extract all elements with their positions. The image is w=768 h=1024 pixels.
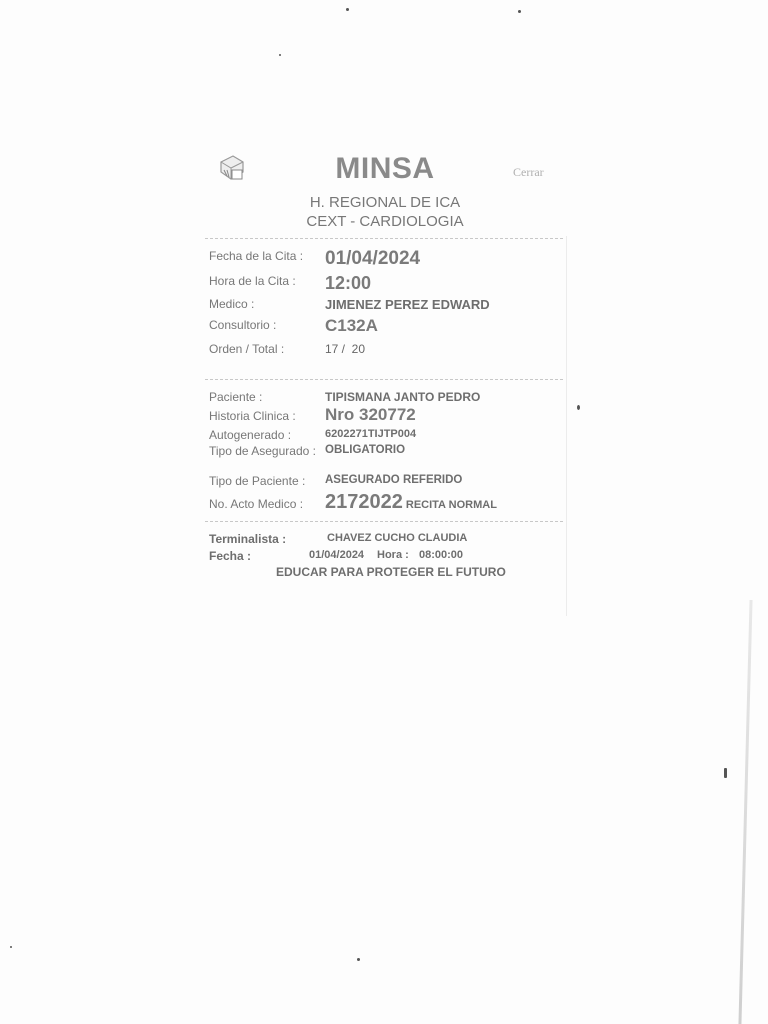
medical-act-suffix: RECITA NORMAL [406, 499, 497, 511]
patient-value: TIPISMANA JANTO PEDRO [325, 390, 480, 404]
ticket-edge [566, 236, 567, 616]
order-value: 17 / 20 [325, 342, 365, 356]
medical-act-value-group: 2172022RECITA NORMAL [325, 491, 497, 514]
hospital-name: H. REGIONAL DE ICA [205, 194, 565, 211]
patient-label: Paciente : [209, 390, 262, 404]
scan-speck [10, 946, 12, 948]
appointment-time-label: Hora de la Cita : [209, 274, 296, 288]
patient-type-label: Tipo de Paciente : [209, 474, 305, 488]
print-time-label: Hora : [377, 549, 409, 561]
insured-type-value: OBLIGATORIO [325, 444, 405, 456]
page-title: MINSA [205, 152, 565, 186]
terminalist-label: Terminalista : [209, 532, 286, 546]
office-value: C132A [325, 316, 378, 336]
scan-speck [518, 10, 521, 13]
clinical-history-value: Nro 320772 [325, 405, 416, 425]
doctor-value: JIMENEZ PEREZ EDWARD [325, 297, 490, 312]
medical-act-value: 2172022 [325, 491, 403, 513]
order-label: Orden / Total : [209, 342, 284, 356]
paper-edge [738, 600, 752, 1024]
print-time-value: 08:00:00 [419, 549, 463, 561]
office-label: Consultorio : [209, 318, 276, 332]
scan-speck [577, 405, 580, 410]
divider [205, 379, 563, 380]
print-date-label: Fecha : [209, 549, 251, 563]
medical-act-label: No. Acto Medico : [209, 497, 303, 511]
autogenerated-label: Autogenerado : [209, 428, 291, 442]
scan-speck [357, 958, 360, 961]
scan-speck [346, 8, 349, 11]
appointment-date-value: 01/04/2024 [325, 248, 420, 270]
terminalist-value: CHAVEZ CUCHO CLAUDIA [327, 532, 467, 544]
department-name: CEXT - CARDIOLOGIA [205, 213, 565, 230]
patient-type-value: ASEGURADO REFERIDO [325, 474, 462, 486]
appointment-time-value: 12:00 [325, 273, 371, 294]
autogenerated-value: 6202271TIJTP004 [325, 428, 416, 440]
slogan: EDUCAR PARA PROTEGER EL FUTURO [276, 565, 506, 579]
divider [205, 238, 563, 239]
divider [205, 521, 563, 522]
clinical-history-label: Historia Clinica : [209, 409, 296, 423]
appointment-date-label: Fecha de la Cita : [209, 249, 303, 263]
doctor-label: Medico : [209, 297, 254, 311]
close-link[interactable]: Cerrar [513, 165, 544, 180]
scan-speck [724, 768, 727, 778]
insured-type-label: Tipo de Asegurado : [209, 444, 316, 458]
scan-speck [279, 54, 281, 56]
print-date-value: 01/04/2024 [309, 549, 364, 561]
